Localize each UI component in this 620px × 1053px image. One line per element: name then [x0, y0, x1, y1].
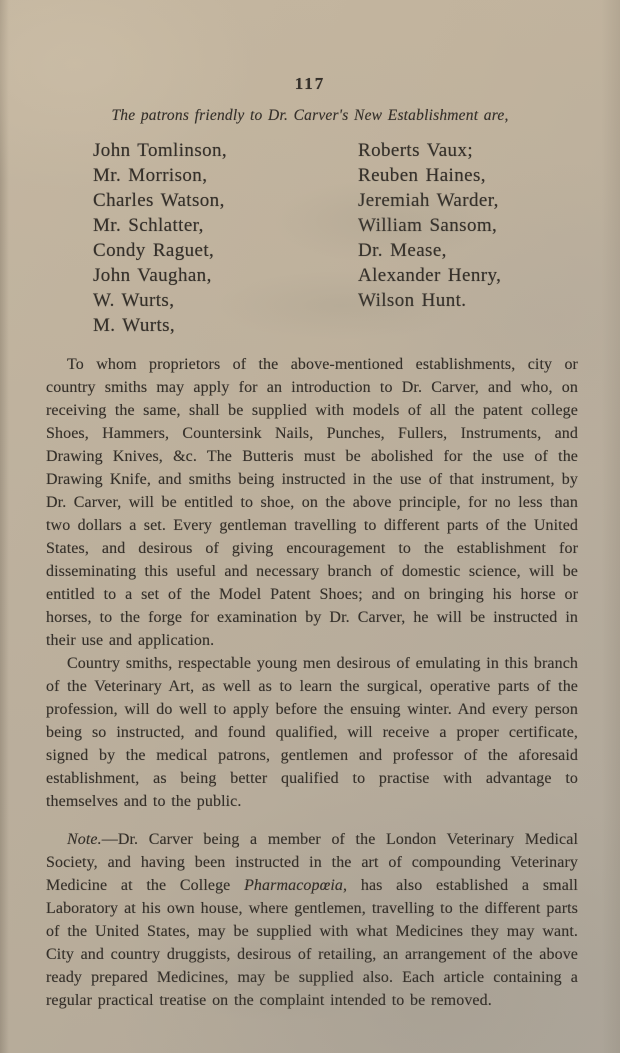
patron-list: John Tomlinson, Mr. Morrison, Charles Wa…	[0, 138, 620, 338]
patron-name: Mr. Schlatter,	[93, 213, 358, 238]
patron-name: Mr. Morrison,	[93, 163, 358, 188]
note-paragraph: Note.—Dr. Carver being a member of the L…	[46, 828, 578, 1012]
page-heading: The patrons friendly to Dr. Carver's New…	[0, 107, 620, 125]
patron-name: Wilson Hunt.	[358, 288, 580, 313]
patron-column-left: John Tomlinson, Mr. Morrison, Charles Wa…	[93, 138, 358, 338]
paragraph-country-smiths: Country smiths, respectable young men de…	[46, 652, 578, 813]
patron-name: Alexander Henry,	[358, 263, 580, 288]
note-text-after: , has also established a small Laborator…	[46, 877, 578, 1009]
patron-name: M. Wurts,	[93, 313, 358, 338]
note-label: Note.	[67, 831, 102, 848]
patron-name: Charles Watson,	[93, 188, 358, 213]
patron-name: W. Wurts,	[93, 288, 358, 313]
book-page: 117 The patrons friendly to Dr. Carver's…	[0, 0, 620, 1053]
patron-name: Jeremiah Warder,	[358, 188, 580, 213]
pharmacopoeia-term: Pharmacopœia	[244, 877, 343, 894]
body-text: To whom proprietors of the above-mention…	[0, 353, 620, 1012]
patron-name: Condy Raguet,	[93, 238, 358, 263]
patron-name: Dr. Mease,	[358, 238, 580, 263]
patron-name: William Sansom,	[358, 213, 580, 238]
patron-name: Reuben Haines,	[358, 163, 580, 188]
patron-column-right: Roberts Vaux; Reuben Haines, Jeremiah Wa…	[358, 138, 580, 338]
patron-name: John Tomlinson,	[93, 138, 358, 163]
patron-name: Roberts Vaux;	[358, 138, 580, 163]
paragraph-introduction: To whom proprietors of the above-mention…	[46, 353, 578, 652]
page-number: 117	[0, 74, 620, 94]
patron-name: John Vaughan,	[93, 263, 358, 288]
